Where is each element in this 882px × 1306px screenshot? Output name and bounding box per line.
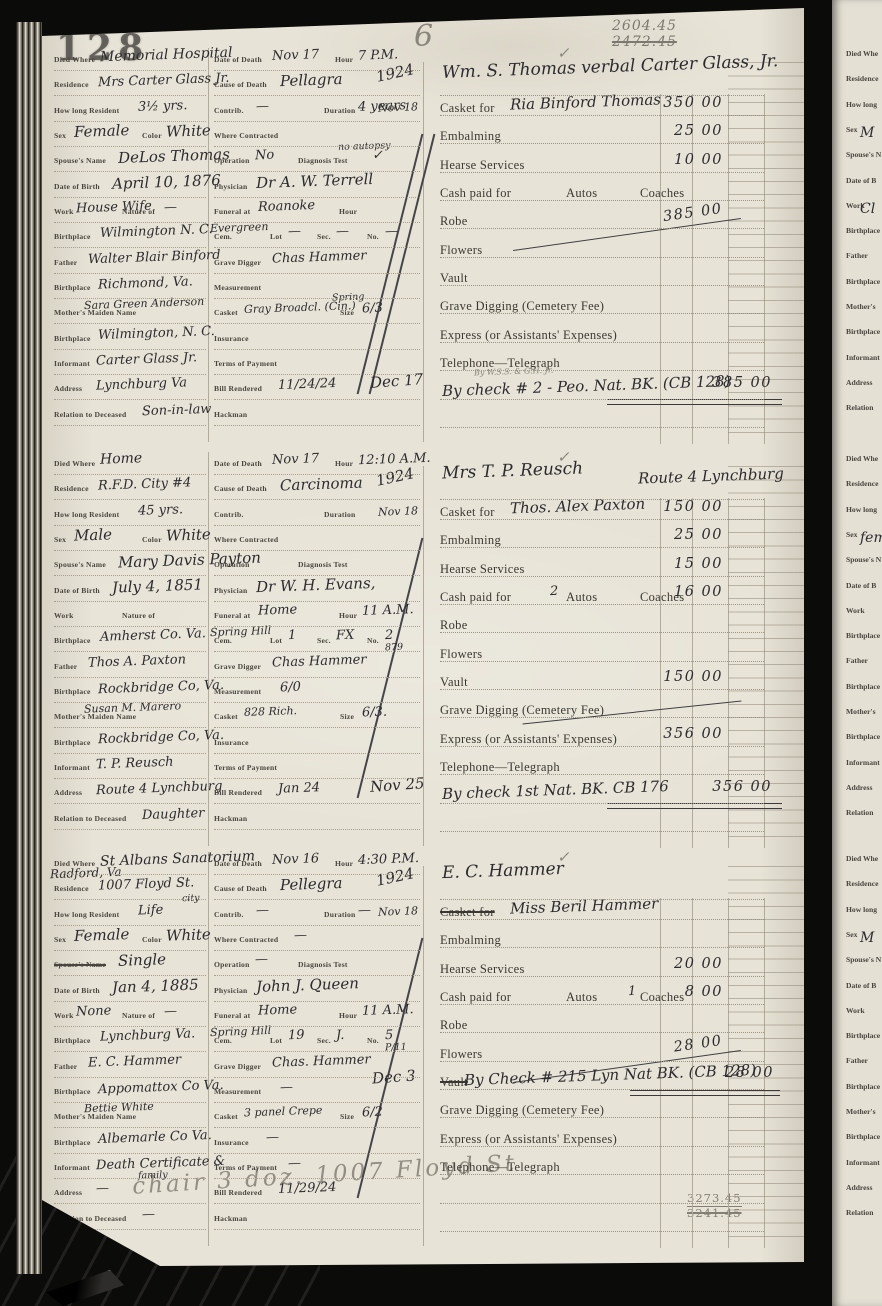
label-autos: Autos xyxy=(566,591,597,604)
label-hackman: Hackman xyxy=(214,815,247,823)
dotted-leader xyxy=(214,1076,420,1078)
dotted-leader xyxy=(54,373,206,375)
label-grave-digging: Grave Digging (Cemetery Fee) xyxy=(440,704,604,717)
label-autos: Autos xyxy=(566,187,597,200)
label-hour-of-death: Hour xyxy=(335,460,353,468)
label-father-birthplace: Birthplace xyxy=(54,284,91,292)
label-funeral-at: Funeral at xyxy=(214,612,250,620)
value-father-birthplace: Richmond, Va. xyxy=(98,275,193,291)
label-how-long-resident: How long Resident xyxy=(54,107,119,115)
next-page-field-label: Address xyxy=(846,379,872,387)
next-page-field-label: Birthplace xyxy=(846,1032,880,1040)
value-bill-rendered: 11/29/24 xyxy=(278,1181,337,1196)
next-page-field-label: Birthplace xyxy=(846,733,880,741)
payment-underline xyxy=(630,1090,780,1096)
value-lot: 1 xyxy=(288,629,297,642)
column-divider-line xyxy=(208,852,209,1246)
label-cause-of-death: Cause of Death xyxy=(214,485,267,493)
label-terms-of-payment: Terms of Payment xyxy=(214,1164,277,1172)
next-page-field-label: Sex xyxy=(846,126,857,134)
ledger-record: ✓ Died Where Home Residence R.F.D. City … xyxy=(42,450,804,850)
dotted-leader xyxy=(214,600,420,602)
amount-embalming: 25 00 xyxy=(605,124,723,139)
label-color: Color xyxy=(142,132,162,140)
billing-rule-line xyxy=(440,518,764,520)
billing-rule-line xyxy=(440,1031,764,1033)
label-funeral-at: Funeral at xyxy=(214,208,250,216)
billing-rule-line xyxy=(440,341,764,343)
label-physician: Physician xyxy=(214,183,247,191)
label-casket: Casket xyxy=(214,1113,238,1121)
billing-rule-line xyxy=(440,631,764,633)
label-died-where: Died Where xyxy=(54,56,95,64)
value-bill-rendered: Jan 24 xyxy=(278,781,320,795)
label-address: Address xyxy=(54,385,82,393)
billing-rule-line xyxy=(440,1230,764,1232)
label-address: Address xyxy=(54,789,82,797)
label-express: Express (or Assistants' Expenses) xyxy=(440,329,617,342)
label-funeral-hour: Hour xyxy=(339,208,357,216)
next-page-strip: Died WheResidenceHow longSexSpouse's NDa… xyxy=(832,0,882,1306)
label-residence: Residence xyxy=(54,81,89,89)
next-page-field-label: Spouse's N xyxy=(846,956,881,964)
value-insurance: — xyxy=(266,1131,279,1144)
value-bill-rendered: 11/24/24 xyxy=(278,377,337,392)
billing-rule-line xyxy=(440,312,764,314)
label-birthplace: Birthplace xyxy=(54,1037,91,1045)
dotted-leader xyxy=(214,625,420,627)
dotted-leader xyxy=(54,701,206,703)
value-funeral-hour: 11 A.M. xyxy=(362,603,414,618)
dotted-leader xyxy=(214,701,420,703)
label-insurance: Insurance xyxy=(214,335,249,343)
next-page-field-label: Relation xyxy=(846,404,873,412)
value-address: Route 4 Lynchburg xyxy=(96,780,223,797)
value-informant: T. P. Reusch xyxy=(96,756,174,772)
amount-casket: 350 00 xyxy=(605,96,723,111)
value-father: Walter Blair Binford xyxy=(88,249,221,267)
dotted-leader xyxy=(214,949,420,951)
ledger-page: 128 2604.45 2472.45 6 chair 3 doz. 1007 … xyxy=(42,8,804,1270)
dotted-leader xyxy=(54,873,206,875)
dotted-leader xyxy=(214,498,420,500)
next-page-field-label: Date of B xyxy=(846,582,876,590)
billing-rule-line xyxy=(440,745,764,747)
dotted-leader xyxy=(54,498,206,500)
dotted-leader xyxy=(54,802,206,804)
value-funeral-at: Home xyxy=(258,603,298,617)
value-cause-of-death: Carcinoma xyxy=(280,476,363,494)
label-birthplace: Birthplace xyxy=(54,637,91,645)
label-robe: Robe xyxy=(440,619,468,632)
dotted-leader xyxy=(214,398,420,400)
value-casket: 828 Rich. xyxy=(244,705,297,718)
label-died-where: Died Where xyxy=(54,460,95,468)
value-diagnosis-test: ✓ xyxy=(372,149,383,162)
value-duration: — xyxy=(358,904,371,917)
dotted-leader xyxy=(214,524,420,526)
value-sec: FX xyxy=(336,629,355,643)
next-page-field-label: Work xyxy=(846,1007,865,1015)
label-sex: Sex xyxy=(54,536,66,544)
billing-margin-date: Nov 18 xyxy=(378,905,418,917)
label-hour-of-death: Hour xyxy=(335,860,353,868)
label-grave-digger: Grave Digger xyxy=(214,1063,261,1071)
label-work: Work xyxy=(54,1012,74,1020)
next-page-field-label: Birthplace xyxy=(846,1133,880,1141)
next-page-handwriting: fem xyxy=(860,531,882,545)
billing-margin-date: Nov 18 xyxy=(378,101,418,113)
label-funeral-hour: Hour xyxy=(339,612,357,620)
label-diagnosis-test: Diagnosis Test xyxy=(298,561,348,569)
value-cause-of-death: Pellegra xyxy=(280,876,343,893)
dotted-leader xyxy=(54,69,206,71)
dotted-leader xyxy=(214,974,420,976)
dotted-leader xyxy=(54,676,206,678)
billing-rule-line xyxy=(440,426,764,428)
dotted-leader xyxy=(54,1025,206,1027)
next-page-field-label: How long xyxy=(846,101,877,109)
dotted-leader xyxy=(54,221,206,223)
label-spouse-name: Spouse's Name xyxy=(54,961,106,969)
billing-rule-line xyxy=(440,284,764,286)
dotted-leader xyxy=(214,297,420,299)
column-divider-line xyxy=(208,48,209,442)
billing-rule-line xyxy=(440,830,764,832)
value-father-birthplace: Appomattox Co Va. xyxy=(98,1079,224,1096)
billing-rule-line xyxy=(440,1003,764,1005)
label-date-of-birth: Date of Birth xyxy=(54,587,100,595)
dotted-leader xyxy=(54,524,206,526)
next-page-field-label: Residence xyxy=(846,75,878,83)
next-page-field-label: Spouse's N xyxy=(846,556,881,564)
label-informant: Informant xyxy=(54,360,90,368)
label-cash-paid-for: Cash paid for xyxy=(440,187,511,200)
ledger-record: ✓ Died Where St Albans Sanatorium Radfor… xyxy=(42,850,804,1250)
label-funeral-hour: Hour xyxy=(339,1012,357,1020)
label-diagnosis-test: Diagnosis Test xyxy=(298,961,348,969)
billing-rule-line xyxy=(440,603,764,605)
next-page-handwriting: M xyxy=(860,931,874,945)
next-page-field-label: Informant xyxy=(846,1159,880,1167)
dotted-leader xyxy=(214,145,420,147)
billing-rule-line xyxy=(440,575,764,577)
value-how-long-resident: Life xyxy=(138,904,164,918)
next-page-field-label: Mother's xyxy=(846,303,876,311)
next-page-field-label: Died Whe xyxy=(846,855,878,863)
value-relation-to-deceased: — xyxy=(142,1208,155,1221)
label-telephone-telegraph: Telephone—Telegraph xyxy=(440,1161,560,1174)
dotted-leader xyxy=(214,1101,420,1103)
label-date-of-death: Date of Death xyxy=(214,860,262,868)
label-grave-digging: Grave Digging (Cemetery Fee) xyxy=(440,300,604,313)
label-work: Work xyxy=(54,612,74,620)
dotted-leader xyxy=(214,549,420,551)
value-nature-of: — xyxy=(164,1005,177,1018)
value-date-of-birth: July 4, 1851 xyxy=(112,577,203,595)
next-page-field-label: Father xyxy=(846,657,868,665)
label-no: No. xyxy=(367,637,379,645)
label-hearse-services: Hearse Services xyxy=(440,563,525,576)
billing-year: 1924 xyxy=(375,62,415,85)
value-cause-of-death: Pellagra xyxy=(280,72,343,89)
billing-rule-line xyxy=(440,802,764,804)
billing-box-left-line xyxy=(423,866,424,1246)
billing-rule-line xyxy=(440,773,764,775)
value-sec: J. xyxy=(336,1029,345,1042)
label-duration: Duration xyxy=(324,911,356,919)
dotted-leader xyxy=(54,170,206,172)
dotted-leader xyxy=(54,120,206,122)
value-lot: 19 xyxy=(288,1029,305,1043)
next-page-field-label: Residence xyxy=(846,480,878,488)
dotted-leader xyxy=(54,924,206,926)
label-nature-of: Nature of xyxy=(122,1012,155,1020)
label-birthplace: Birthplace xyxy=(54,233,91,241)
value-grave-digger: Chas Hammer xyxy=(272,653,367,669)
value-no: 5 xyxy=(385,1029,394,1042)
dotted-leader xyxy=(54,828,206,830)
value-residence: R.F.D. City #4 xyxy=(98,476,192,492)
value-informant: Carter Glass Jr. xyxy=(96,351,197,368)
dotted-leader xyxy=(54,949,206,951)
payment-text: By check 1st Nat. BK. CB 176 xyxy=(442,779,669,802)
label-contrib: Contrib. xyxy=(214,911,244,919)
next-page-field-label: Informant xyxy=(846,759,880,767)
value-died-where: Home xyxy=(100,451,143,466)
value-how-long-resident: 45 yrs. xyxy=(138,503,183,518)
value-birthplace: Wilmington N. C. xyxy=(100,223,213,240)
label-diagnosis-test: Diagnosis Test xyxy=(298,157,348,165)
value-mother-birthplace: Rockbridge Co, Va. xyxy=(98,729,224,746)
billing-rule-line xyxy=(440,114,764,116)
value-funeral-hour: 11 A.M. xyxy=(362,1003,414,1018)
label-father: Father xyxy=(54,663,77,671)
label-nature-of: Nature of xyxy=(122,208,155,216)
label-measurement: Measurement xyxy=(214,688,261,696)
label-coaches: Coaches xyxy=(640,187,684,200)
billing-rule-line xyxy=(440,256,764,258)
value-measurement: — xyxy=(280,1081,293,1094)
dotted-leader xyxy=(54,752,206,754)
value-died-where: Memorial Hospital xyxy=(100,46,233,65)
label-spouse-name: Spouse's Name xyxy=(54,561,106,569)
label-informant: Informant xyxy=(54,1164,90,1172)
next-page-field-label: Birthplace xyxy=(846,1083,880,1091)
label-contrib: Contrib. xyxy=(214,107,244,115)
label-where-contracted: Where Contracted xyxy=(214,936,278,944)
value-operation: — xyxy=(255,953,268,966)
dotted-leader xyxy=(54,1126,206,1128)
value-date-of-birth: April 10, 1876 xyxy=(112,173,221,192)
label-mother-birthplace: Birthplace xyxy=(54,335,91,343)
dotted-leader xyxy=(54,322,206,324)
pencil-total-current: 2604.45 xyxy=(612,18,677,34)
value-address: Lynchburg Va xyxy=(96,376,187,392)
next-page-field-label: Informant xyxy=(846,354,880,362)
billing-rule-line xyxy=(440,142,764,144)
value-hour-of-death: 7 P.M. xyxy=(358,48,399,62)
billing-margin-date: Nov 18 xyxy=(378,505,418,517)
amount-cash-paid: 8 00 xyxy=(605,985,723,1000)
next-page-field-label: Father xyxy=(846,252,868,260)
label-where-contracted: Where Contracted xyxy=(214,536,278,544)
next-page-field-label: Date of B xyxy=(846,177,876,185)
value-funeral-at: Roanoke xyxy=(258,199,316,214)
label-bill-rendered: Bill Rendered xyxy=(214,385,262,393)
billing-rule-line xyxy=(440,227,764,229)
billing-rule-line xyxy=(440,546,764,548)
billing-rule-line xyxy=(440,1116,764,1118)
label-size: Size xyxy=(340,309,354,317)
label-father: Father xyxy=(54,259,77,267)
dotted-leader xyxy=(54,196,206,198)
label-relation-to-deceased: Relation to Deceased xyxy=(54,411,126,419)
next-page-field-label: Father xyxy=(846,1057,868,1065)
billing-account-name: E. C. Hammer xyxy=(442,861,564,882)
value-grave-digger: Chas. Hammer xyxy=(272,1053,371,1069)
label-father-birthplace: Birthplace xyxy=(54,688,91,696)
next-page-handwriting: Cl xyxy=(860,202,875,216)
value-mother-birthplace: Wilmington, N. C. xyxy=(98,325,215,342)
dotted-leader xyxy=(214,69,420,71)
value-father-birthplace: Rockbridge Co, Va. xyxy=(98,679,224,696)
value-residence: Mrs Carter Glass Jr. xyxy=(98,72,230,90)
dotted-leader xyxy=(214,777,420,779)
value-sex: Male xyxy=(74,527,112,543)
dotted-leader xyxy=(214,473,420,475)
dotted-leader xyxy=(54,473,206,475)
label-insurance: Insurance xyxy=(214,1139,249,1147)
label-date-of-death: Date of Death xyxy=(214,56,262,64)
label-mother-birthplace: Birthplace xyxy=(54,739,91,747)
label-measurement: Measurement xyxy=(214,284,261,292)
dotted-leader xyxy=(54,1076,206,1078)
billing-rule-line xyxy=(440,688,764,690)
dotted-leader xyxy=(54,777,206,779)
dotted-leader xyxy=(54,145,206,147)
value-how-long-resident: 3½ yrs. xyxy=(138,99,188,114)
label-robe: Robe xyxy=(440,1019,468,1032)
dotted-leader xyxy=(214,1050,420,1052)
label-nature-of: Nature of xyxy=(122,612,155,620)
dotted-leader xyxy=(214,94,420,96)
value-residence: 1007 Floyd St. xyxy=(98,876,195,892)
billing-rule-line xyxy=(440,1088,764,1090)
left-page-edges xyxy=(16,22,42,1274)
value-date-of-death: Nov 17 xyxy=(272,452,320,467)
label-cash-paid-for: Cash paid for xyxy=(440,591,511,604)
value-contrib: — xyxy=(256,100,269,113)
next-page-field-label: Died Whe xyxy=(846,455,878,463)
label-flowers: Flowers xyxy=(440,648,482,661)
billing-rule-line xyxy=(440,716,764,718)
label-contrib: Contrib. xyxy=(214,511,244,519)
next-page-field-label: Spouse's N xyxy=(846,151,881,159)
dotted-leader xyxy=(214,322,420,324)
amount-hearse: 10 00 xyxy=(605,153,723,168)
value-no: 2 xyxy=(385,629,394,642)
billing-rule-line xyxy=(440,398,764,400)
value-size: 6/3. xyxy=(362,706,388,720)
value-casket: 3 panel Crepe xyxy=(244,1105,323,1119)
dotted-leader xyxy=(214,1202,420,1204)
value-operation: No xyxy=(255,149,275,163)
billing-rule-line xyxy=(440,1145,764,1147)
value-relation-to-deceased: Son-in-law xyxy=(142,403,212,418)
billing-rule-line xyxy=(440,369,764,371)
label-operation: Operation xyxy=(214,561,250,569)
label-express: Express (or Assistants' Expenses) xyxy=(440,1133,617,1146)
dotted-leader xyxy=(214,650,420,652)
label-casket: Casket xyxy=(214,309,238,317)
value-hour-of-death: 12:10 A.M. xyxy=(358,452,431,468)
next-page-field-label: Relation xyxy=(846,809,873,817)
label-grave-digger: Grave Digger xyxy=(214,259,261,267)
value-where-contracted: — xyxy=(294,929,307,942)
payment-total: 356 00 xyxy=(642,780,772,795)
dotted-leader xyxy=(54,600,206,602)
value-contrib: — xyxy=(256,904,269,917)
label-lot: Lot xyxy=(270,1037,282,1045)
label-embalming: Embalming xyxy=(440,130,501,143)
dotted-leader xyxy=(214,348,420,350)
value-birthplace: Amherst Co. Va. xyxy=(100,627,206,644)
label-flowers: Flowers xyxy=(440,244,482,257)
label-father: Father xyxy=(54,1063,77,1071)
label-vault: Vault xyxy=(440,272,468,285)
label-hearse-services: Hearse Services xyxy=(440,963,525,976)
label-insurance: Insurance xyxy=(214,739,249,747)
label-lot: Lot xyxy=(270,233,282,241)
billing-year: 1924 xyxy=(375,466,415,489)
label-duration: Duration xyxy=(324,107,356,115)
value-sex: Female xyxy=(74,123,130,140)
next-page-field-label: Mother's xyxy=(846,708,876,716)
label-funeral-at: Funeral at xyxy=(214,1012,250,1020)
billing-rule-line xyxy=(440,1173,764,1175)
value-relation-to-deceased: Daughter xyxy=(142,807,205,822)
amount-hearse: 20 00 xyxy=(605,957,723,972)
label-cause-of-death: Cause of Death xyxy=(214,81,267,89)
value-lot: — xyxy=(288,225,301,238)
label-color: Color xyxy=(142,936,162,944)
label-embalming: Embalming xyxy=(440,534,501,547)
label-terms-of-payment: Terms of Payment xyxy=(214,764,277,772)
dotted-leader xyxy=(214,752,420,754)
value-measurement: 6/0 xyxy=(280,681,301,695)
label-color: Color xyxy=(142,536,162,544)
billing-account-name: Mrs T. P. Reusch xyxy=(442,461,584,483)
label-hearse-services: Hearse Services xyxy=(440,159,525,172)
value-address: — xyxy=(96,1182,109,1195)
dotted-leader xyxy=(214,1152,420,1154)
billing-rule-line xyxy=(440,94,764,96)
value-informant-line2: family xyxy=(138,1170,168,1181)
value-birthplace: Lynchburg Va. xyxy=(100,1027,196,1043)
next-page-field-label: Relation xyxy=(846,1209,873,1217)
value-funeral-at: Home xyxy=(258,1003,298,1017)
label-where-contracted: Where Contracted xyxy=(214,132,278,140)
label-no: No. xyxy=(367,233,379,241)
label-size: Size xyxy=(340,1113,354,1121)
dotted-leader xyxy=(214,246,420,248)
billing-rule-line xyxy=(440,898,764,900)
label-lot: Lot xyxy=(270,637,282,645)
label-mother-birthplace: Birthplace xyxy=(54,1139,91,1147)
label-sex: Sex xyxy=(54,132,66,140)
value-terms-of-payment: — xyxy=(288,1157,301,1170)
